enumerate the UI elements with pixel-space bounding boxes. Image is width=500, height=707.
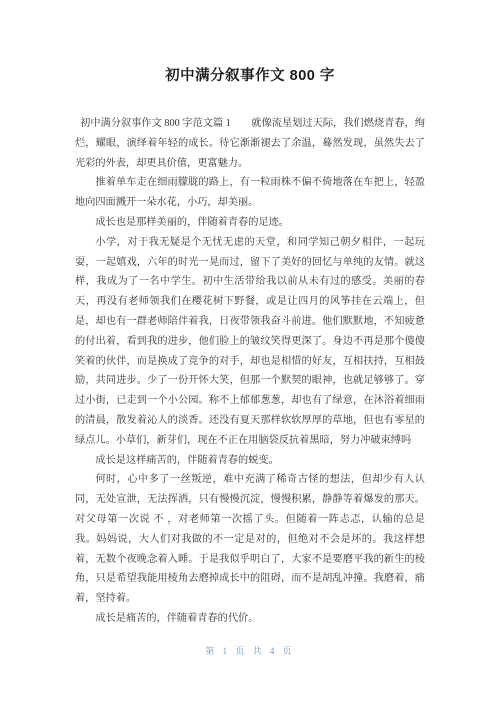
document-title: 初中满分叙事作文 800 字	[0, 68, 500, 84]
paragraph: 成长也是那样美丽的，伴随着青春的足迹。	[75, 213, 425, 233]
page-number-footer: 第 1 页 共 4 页	[0, 644, 500, 657]
paragraph: 成长是这样痛苦的，伴随着青春的蜕变。	[75, 451, 425, 471]
paragraph: 小学，对于我无疑是个无忧无虑的天堂，和同学知己朝夕相伴，一起玩耍，一起嬉戏，六年…	[75, 233, 425, 451]
paragraph: 何时，心中多了一丝叛逆，难中充满了稀奇古怪的想法，但却少有人认同，无处宣泄，无法…	[75, 470, 425, 609]
paragraph: 初中满分叙事作文 800 字范文篇 1 就像流星划过天际，我们燃烧青春，绚烂，耀…	[75, 114, 425, 173]
document-body: 初中满分叙事作文 800 字范文篇 1 就像流星划过天际，我们燃烧青春，绚烂，耀…	[75, 114, 425, 629]
paragraph: 成长是痛苦的，伴随着青春的代价。	[75, 609, 425, 629]
paragraph: 推着单车走在细雨朦胧的路上，有一粒雨株不偏不倚地落在车把上，轻盈地向四面溅开一朵…	[75, 173, 425, 213]
page-number-label: 第 1 页 共 4 页	[205, 646, 294, 656]
document-page: 初中满分叙事作文 800 字 初中满分叙事作文 800 字范文篇 1 就像流星划…	[0, 0, 500, 707]
